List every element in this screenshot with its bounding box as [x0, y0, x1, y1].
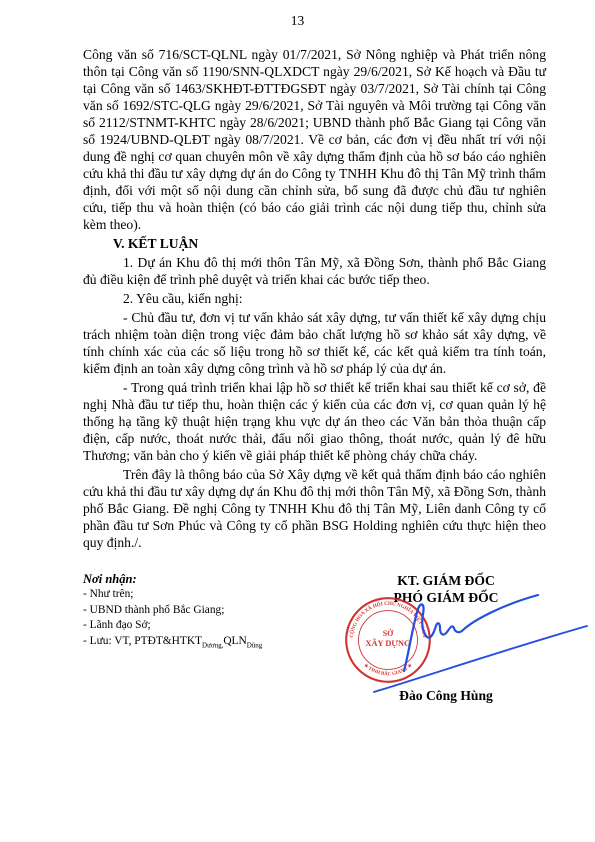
heading-conclusion: V. KẾT LUẬN: [83, 235, 546, 252]
conclusion-item-2: 2. Yêu cầu, kiến nghị:: [83, 290, 546, 307]
handwritten-signature: [295, 583, 595, 708]
closing-paragraph: Trên đây là thông báo của Sở Xây dựng về…: [83, 466, 546, 551]
page-number: 13: [0, 13, 595, 29]
archive-main: - Lưu: VT, PTĐT&HTKT: [83, 635, 202, 647]
paragraph-continuation: Công văn số 716/SCT-QLNL ngày 01/7/2021,…: [83, 46, 546, 233]
document-body: Công văn số 716/SCT-QLNL ngày 01/7/2021,…: [83, 46, 546, 553]
conclusion-item-1: 1. Dự án Khu đô thị mới thôn Tân Mỹ, xã …: [83, 254, 546, 288]
requirement-bullet-1: - Chủ đầu tư, đơn vị tư vấn khảo sát xây…: [83, 309, 546, 377]
archive-sub-duong: Dương,: [202, 641, 223, 649]
archive-mid: QLN: [223, 635, 246, 647]
signature-scrawl: [404, 595, 538, 671]
document-page: 13 Công văn số 716/SCT-QLNL ngày 01/7/20…: [0, 0, 595, 842]
archive-sub-dung: Dũng: [247, 641, 263, 649]
requirement-bullet-2: - Trong quá trình triển khai lập hồ sơ t…: [83, 379, 546, 464]
